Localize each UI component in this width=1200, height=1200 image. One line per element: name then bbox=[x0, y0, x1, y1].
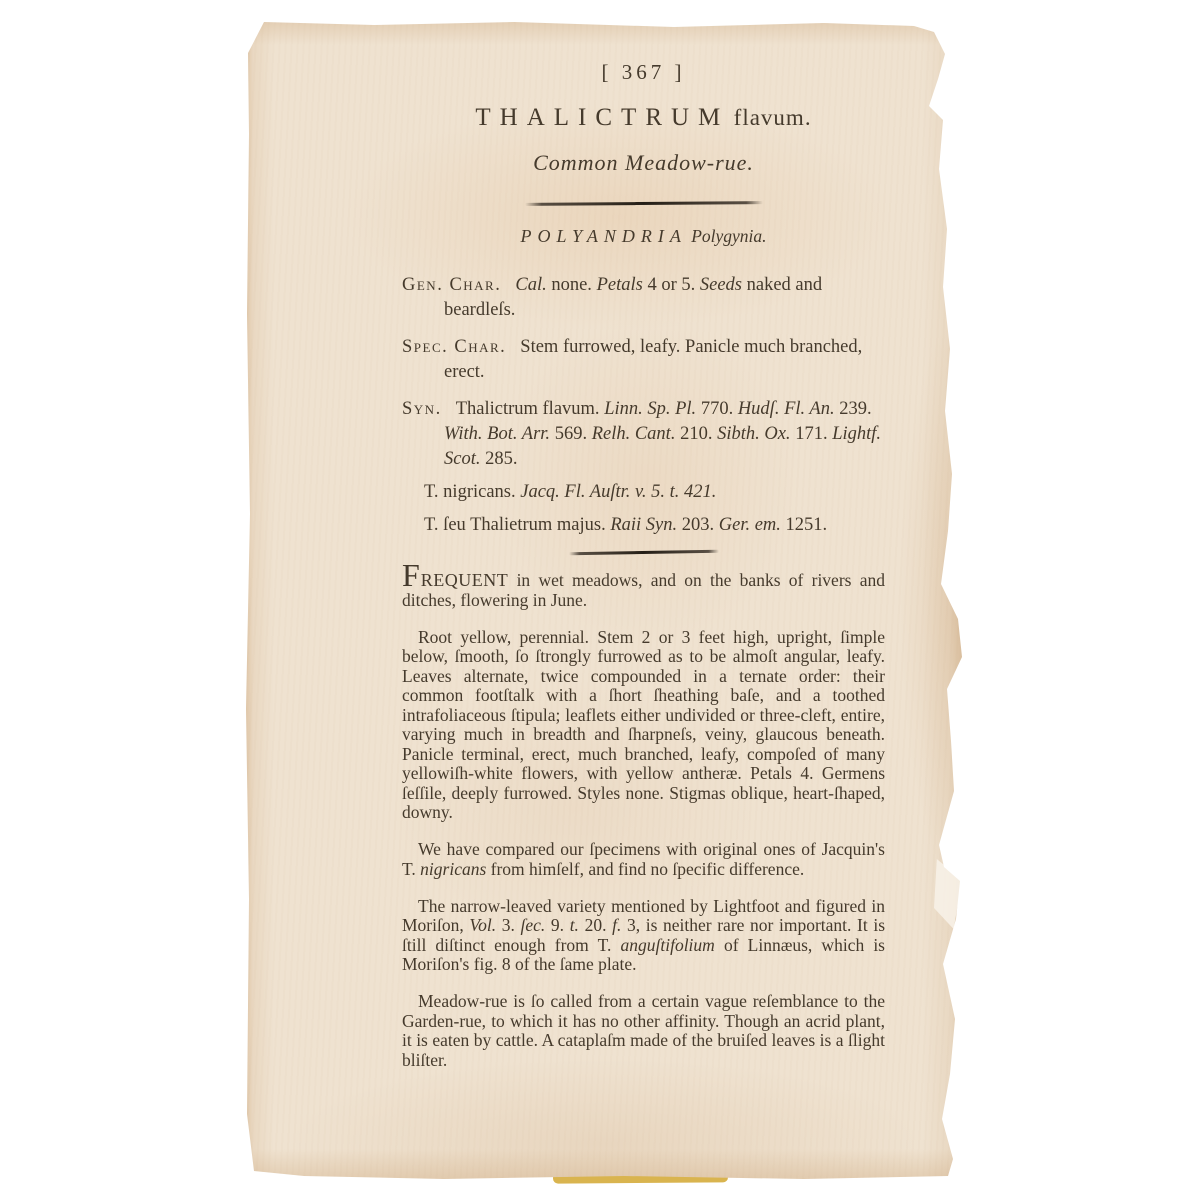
divider-rule-middle bbox=[568, 550, 718, 556]
specific-character-label: Spec. Char. bbox=[402, 337, 506, 357]
synonyms-entry: Syn.Thalictrum flavum. Linn. Sp. Pl. 770… bbox=[402, 397, 885, 472]
body-paragraph-variety: The narrow-leaved variety mentioned by L… bbox=[402, 897, 885, 975]
page-number: [ 367 ] bbox=[402, 59, 885, 85]
generic-character-entry: Gen. Char.Cal. none. Petals 4 or 5. Seed… bbox=[402, 273, 885, 323]
generic-character-label: Gen. Char. bbox=[402, 275, 501, 295]
opening-word-caps: REQUENT bbox=[421, 570, 509, 590]
specific-character-text: Stem furrowed, leafy. Panicle much branc… bbox=[444, 337, 862, 382]
specific-character-entry: Spec. Char.Stem furrowed, leafy. Panicle… bbox=[402, 335, 885, 385]
synonym-item-nigricans: T. nigricans. Jacq. Fl. Auſtr. v. 5. t. … bbox=[402, 480, 885, 505]
classification-line: POLYANDRIA Polygynia. bbox=[402, 224, 885, 248]
linnaean-order: Polygynia. bbox=[691, 226, 766, 246]
synonyms-label: Syn. bbox=[402, 399, 442, 419]
scanned-book-page-stage: [ 367 ] THALICTRUM flavum. Common Meadow… bbox=[0, 0, 1200, 1200]
title-genus: THALICTRUM bbox=[475, 104, 729, 131]
synonyms-text: Thalictrum flavum. Linn. Sp. Pl. 770. Hu… bbox=[444, 399, 881, 469]
body-paragraph-etymology: Meadow-rue is ſo called from a certain v… bbox=[402, 992, 885, 1070]
text-column: [ 367 ] THALICTRUM flavum. Common Meadow… bbox=[402, 59, 885, 1088]
body-paragraph-comparison: We have compared our ſpecimens with orig… bbox=[402, 840, 885, 879]
synonym-item-majus: T. ſeu Thalietrum majus. Raii Syn. 203. … bbox=[402, 513, 885, 538]
paper-page: [ 367 ] THALICTRUM flavum. Common Meadow… bbox=[244, 19, 964, 1179]
body-paragraph-description: Root yellow, perennial. Stem 2 or 3 feet… bbox=[402, 628, 885, 823]
body-paragraph-habitat: FREQUENT in wet meadows, and on the bank… bbox=[402, 566, 885, 610]
divider-rule-top bbox=[524, 201, 762, 206]
linnaean-class: POLYANDRIA bbox=[520, 226, 686, 246]
title-species: flavum. bbox=[734, 105, 812, 130]
common-name: Common Meadow-rue. bbox=[402, 149, 885, 177]
page-title: THALICTRUM flavum. bbox=[402, 103, 885, 134]
drop-cap-initial: F bbox=[402, 557, 421, 593]
torn-edge-flap bbox=[934, 859, 962, 929]
